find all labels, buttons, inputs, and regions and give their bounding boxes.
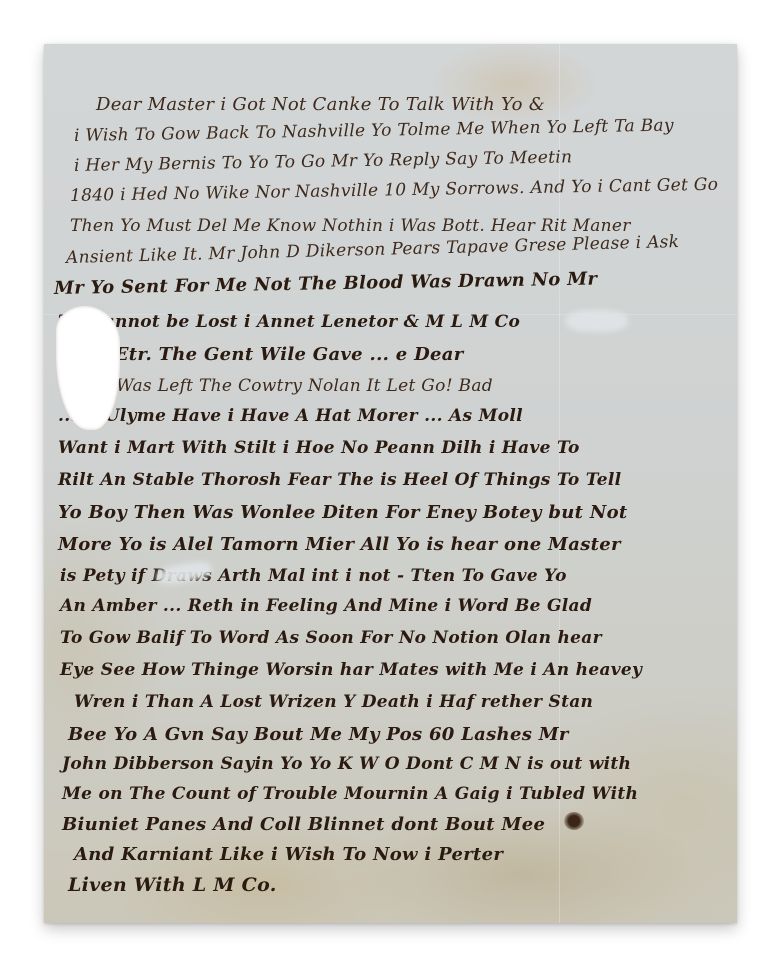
letter-line-25: And Karniant Like i Wish To Now i Perter (74, 844, 503, 865)
letter-line-18: To Gow Balif To Word As Soon For No Noti… (60, 628, 602, 648)
letter-line-2: i Wish To Gow Back To Nashville Yo Tolme… (74, 116, 674, 146)
letter-line-22: John Dibberson Sayin Yo Yo K W O Dont C … (62, 754, 631, 774)
letter-line-15: More Yo is Alel Tamorn Mier All Yo is he… (58, 534, 621, 555)
letter-line-16: is Pety if Draws Arth Mal int i not - Tt… (60, 566, 567, 586)
letter-line-4: 1840 i Hed No Wike Nor Nashville 10 My S… (70, 175, 719, 206)
letter-line-11: ...Ol Ulyme Have i Have A Hat Morer ... … (58, 406, 523, 426)
letter-line-19: Eye See How Thinge Worsin har Mates with… (60, 660, 642, 680)
letter-line-3: i Her My Bernis To Yo To Go Mr Yo Reply … (74, 147, 573, 176)
letter-line-24: Biuniet Panes And Coll Blinnet dont Bout… (62, 814, 545, 835)
letter-sheet: Dear Master i Got Not Canke To Talk With… (44, 44, 737, 923)
letter-line-12: Want i Mart With Stilt i Hoe No Peann Di… (58, 438, 580, 458)
letter-line-8: Th Cannot be Lost i Annet Lenetor & M L … (58, 312, 520, 332)
letter-line-23: Me on The Count of Trouble Mournin A Gai… (62, 784, 638, 804)
letter-line-5: Then Yo Must Del Me Know Nothin i Was Bo… (70, 216, 631, 236)
letter-line-21: Bee Yo A Gvn Say Bout Me My Pos 60 Lashe… (68, 724, 569, 745)
letter-line-7: Mr Yo Sent For Me Not The Blood Was Draw… (54, 269, 598, 299)
letter-line-14: Yo Boy Then Was Wonlee Diten For Eney Bo… (58, 502, 628, 523)
letter-line-17: An Amber ... Reth in Feeling And Mine i … (60, 596, 592, 616)
letter-line-10: ...thin Was Left The Cowtry Nolan It Let… (58, 376, 493, 396)
letter-line-1: Dear Master i Got Not Canke To Talk With… (96, 94, 545, 115)
letter-line-6: Ansient Like It. Mr John D Dikerson Pear… (66, 232, 680, 268)
ink-blot (564, 812, 584, 830)
letter-line-13: Rilt An Stable Thorosh Fear The is Heel … (58, 470, 621, 490)
letter-line-20: Wren i Than A Lost Wrizen Y Death i Haf … (74, 692, 593, 712)
letter-line-26: Liven With L M Co. (68, 874, 277, 896)
handwritten-text: Dear Master i Got Not Canke To Talk With… (44, 44, 737, 923)
blurred-redaction (566, 310, 628, 332)
